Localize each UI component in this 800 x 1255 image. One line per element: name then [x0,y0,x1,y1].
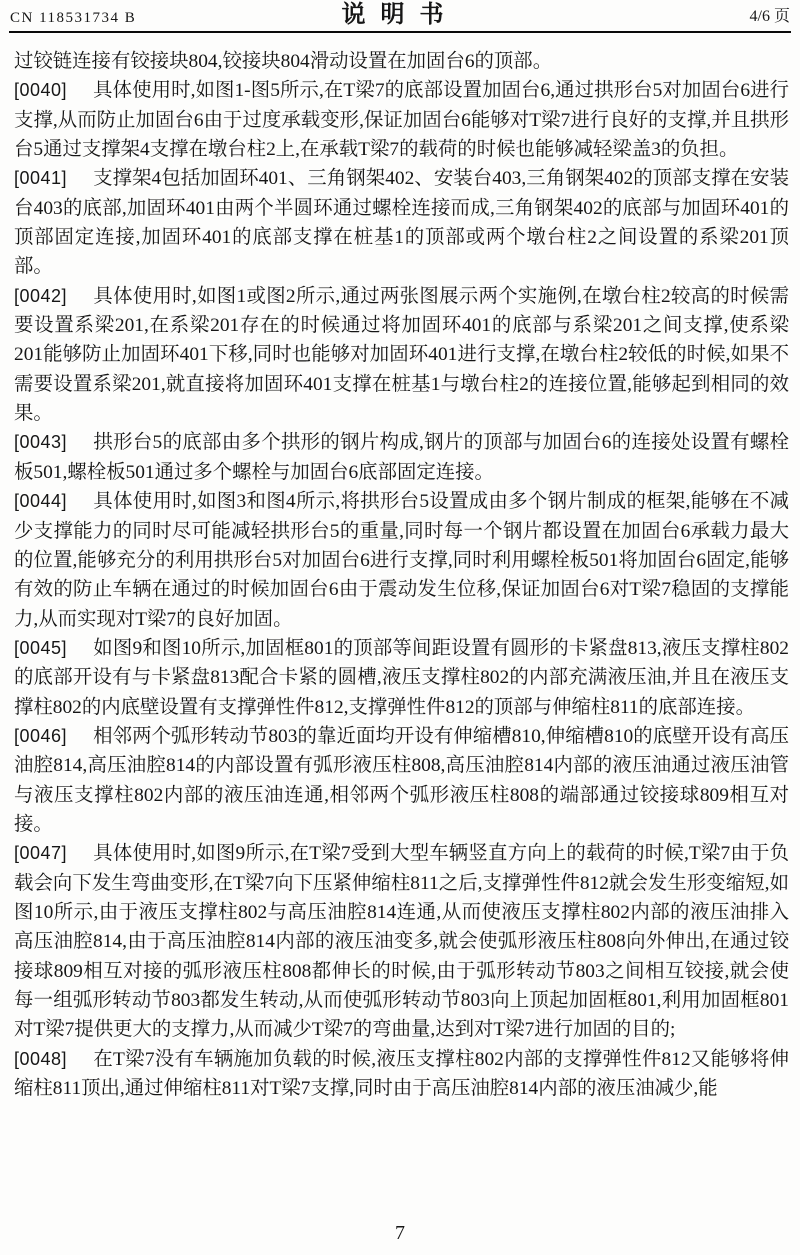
paragraph-text: 具体使用时,如图3和图4所示,将拱形台5设置成由多个钢片制成的框架,能够在不减少… [14,491,789,629]
paragraph-number: [0044] [14,491,67,511]
paragraph-text: 过铰链连接有铰接块804,铰接块804滑动设置在加固台6的顶部。 [14,51,552,72]
paragraph-number: [0047] [14,843,67,863]
paragraph-number: [0043] [14,432,67,452]
paragraph-number: [0042] [14,286,67,306]
paragraph-text: 在T梁7没有车辆施加负载的时候,液压支撑柱802内部的支撑弹性件812又能够将伸… [14,1049,789,1099]
page-header: CN 118531734 B 说明书 4/6 页 [9,0,791,33]
patent-specification-page: CN 118531734 B 说明书 4/6 页 过铰链连接有铰接块804,铰接… [0,0,800,1255]
paragraph-0047: [0047]具体使用时,如图9所示,在T梁7受到大型车辆竖直方向上的载荷的时候,… [14,839,789,1044]
paragraph-0046: [0046]相邻两个弧形转动节803的靠近面均开设有伸缩槽810,伸缩槽810的… [14,722,789,839]
paragraph-number: [0041] [14,168,67,188]
page-indicator: 4/6 页 [750,3,790,26]
paragraph-0041: [0041]支撑架4包括加固环401、三角钢架402、安装台403,三角钢架40… [14,164,789,281]
specification-body: 过铰链连接有铰接块804,铰接块804滑动设置在加固台6的顶部。 [0040]具… [0,33,800,1103]
paragraph-number: [0040] [14,80,67,100]
paragraph-0042: [0042]具体使用时,如图1或图2所示,通过两张图展示两个实施例,在墩台柱2较… [14,282,789,429]
paragraph-number: [0048] [14,1049,67,1069]
paragraph-text: 如图9和图10所示,加固框801的顶部等间距设置有圆形的卡紧盘813,液压支撑柱… [14,638,789,718]
page-number: 7 [0,1222,800,1245]
paragraph-number: [0046] [14,726,67,746]
document-title: 说明书 [342,0,459,29]
paragraph-text: 拱形台5的底部由多个拱形的钢片构成,钢片的顶部与加固台6的连接处设置有螺栓板50… [14,432,789,482]
paragraph-number: [0045] [14,638,67,658]
paragraph-0048: [0048]在T梁7没有车辆施加负载的时候,液压支撑柱802内部的支撑弹性件81… [14,1045,789,1104]
paragraph-0044: [0044]具体使用时,如图3和图4所示,将拱形台5设置成由多个钢片制成的框架,… [14,487,789,634]
patent-number: CN 118531734 B [10,10,136,27]
paragraph-text: 具体使用时,如图1或图2所示,通过两张图展示两个实施例,在墩台柱2较高的时候需要… [14,286,789,424]
paragraph-text: 具体使用时,如图9所示,在T梁7受到大型车辆竖直方向上的载荷的时候,T梁7由于负… [14,843,789,1040]
paragraph-text: 相邻两个弧形转动节803的靠近面均开设有伸缩槽810,伸缩槽810的底壁开设有高… [14,726,789,835]
paragraph-text: 具体使用时,如图1-图5所示,在T梁7的底部设置加固台6,通过拱形台5对加固台6… [14,80,789,160]
paragraph-0043: [0043]拱形台5的底部由多个拱形的钢片构成,钢片的顶部与加固台6的连接处设置… [14,428,789,487]
paragraph-text: 支撑架4包括加固环401、三角钢架402、安装台403,三角钢架402的顶部支撑… [14,168,789,277]
paragraph-0045: [0045]如图9和图10所示,加固框801的顶部等间距设置有圆形的卡紧盘813… [14,634,789,722]
paragraph-0040: [0040]具体使用时,如图1-图5所示,在T梁7的底部设置加固台6,通过拱形台… [14,76,789,164]
paragraph-continuation: 过铰链连接有铰接块804,铰接块804滑动设置在加固台6的顶部。 [14,47,789,76]
